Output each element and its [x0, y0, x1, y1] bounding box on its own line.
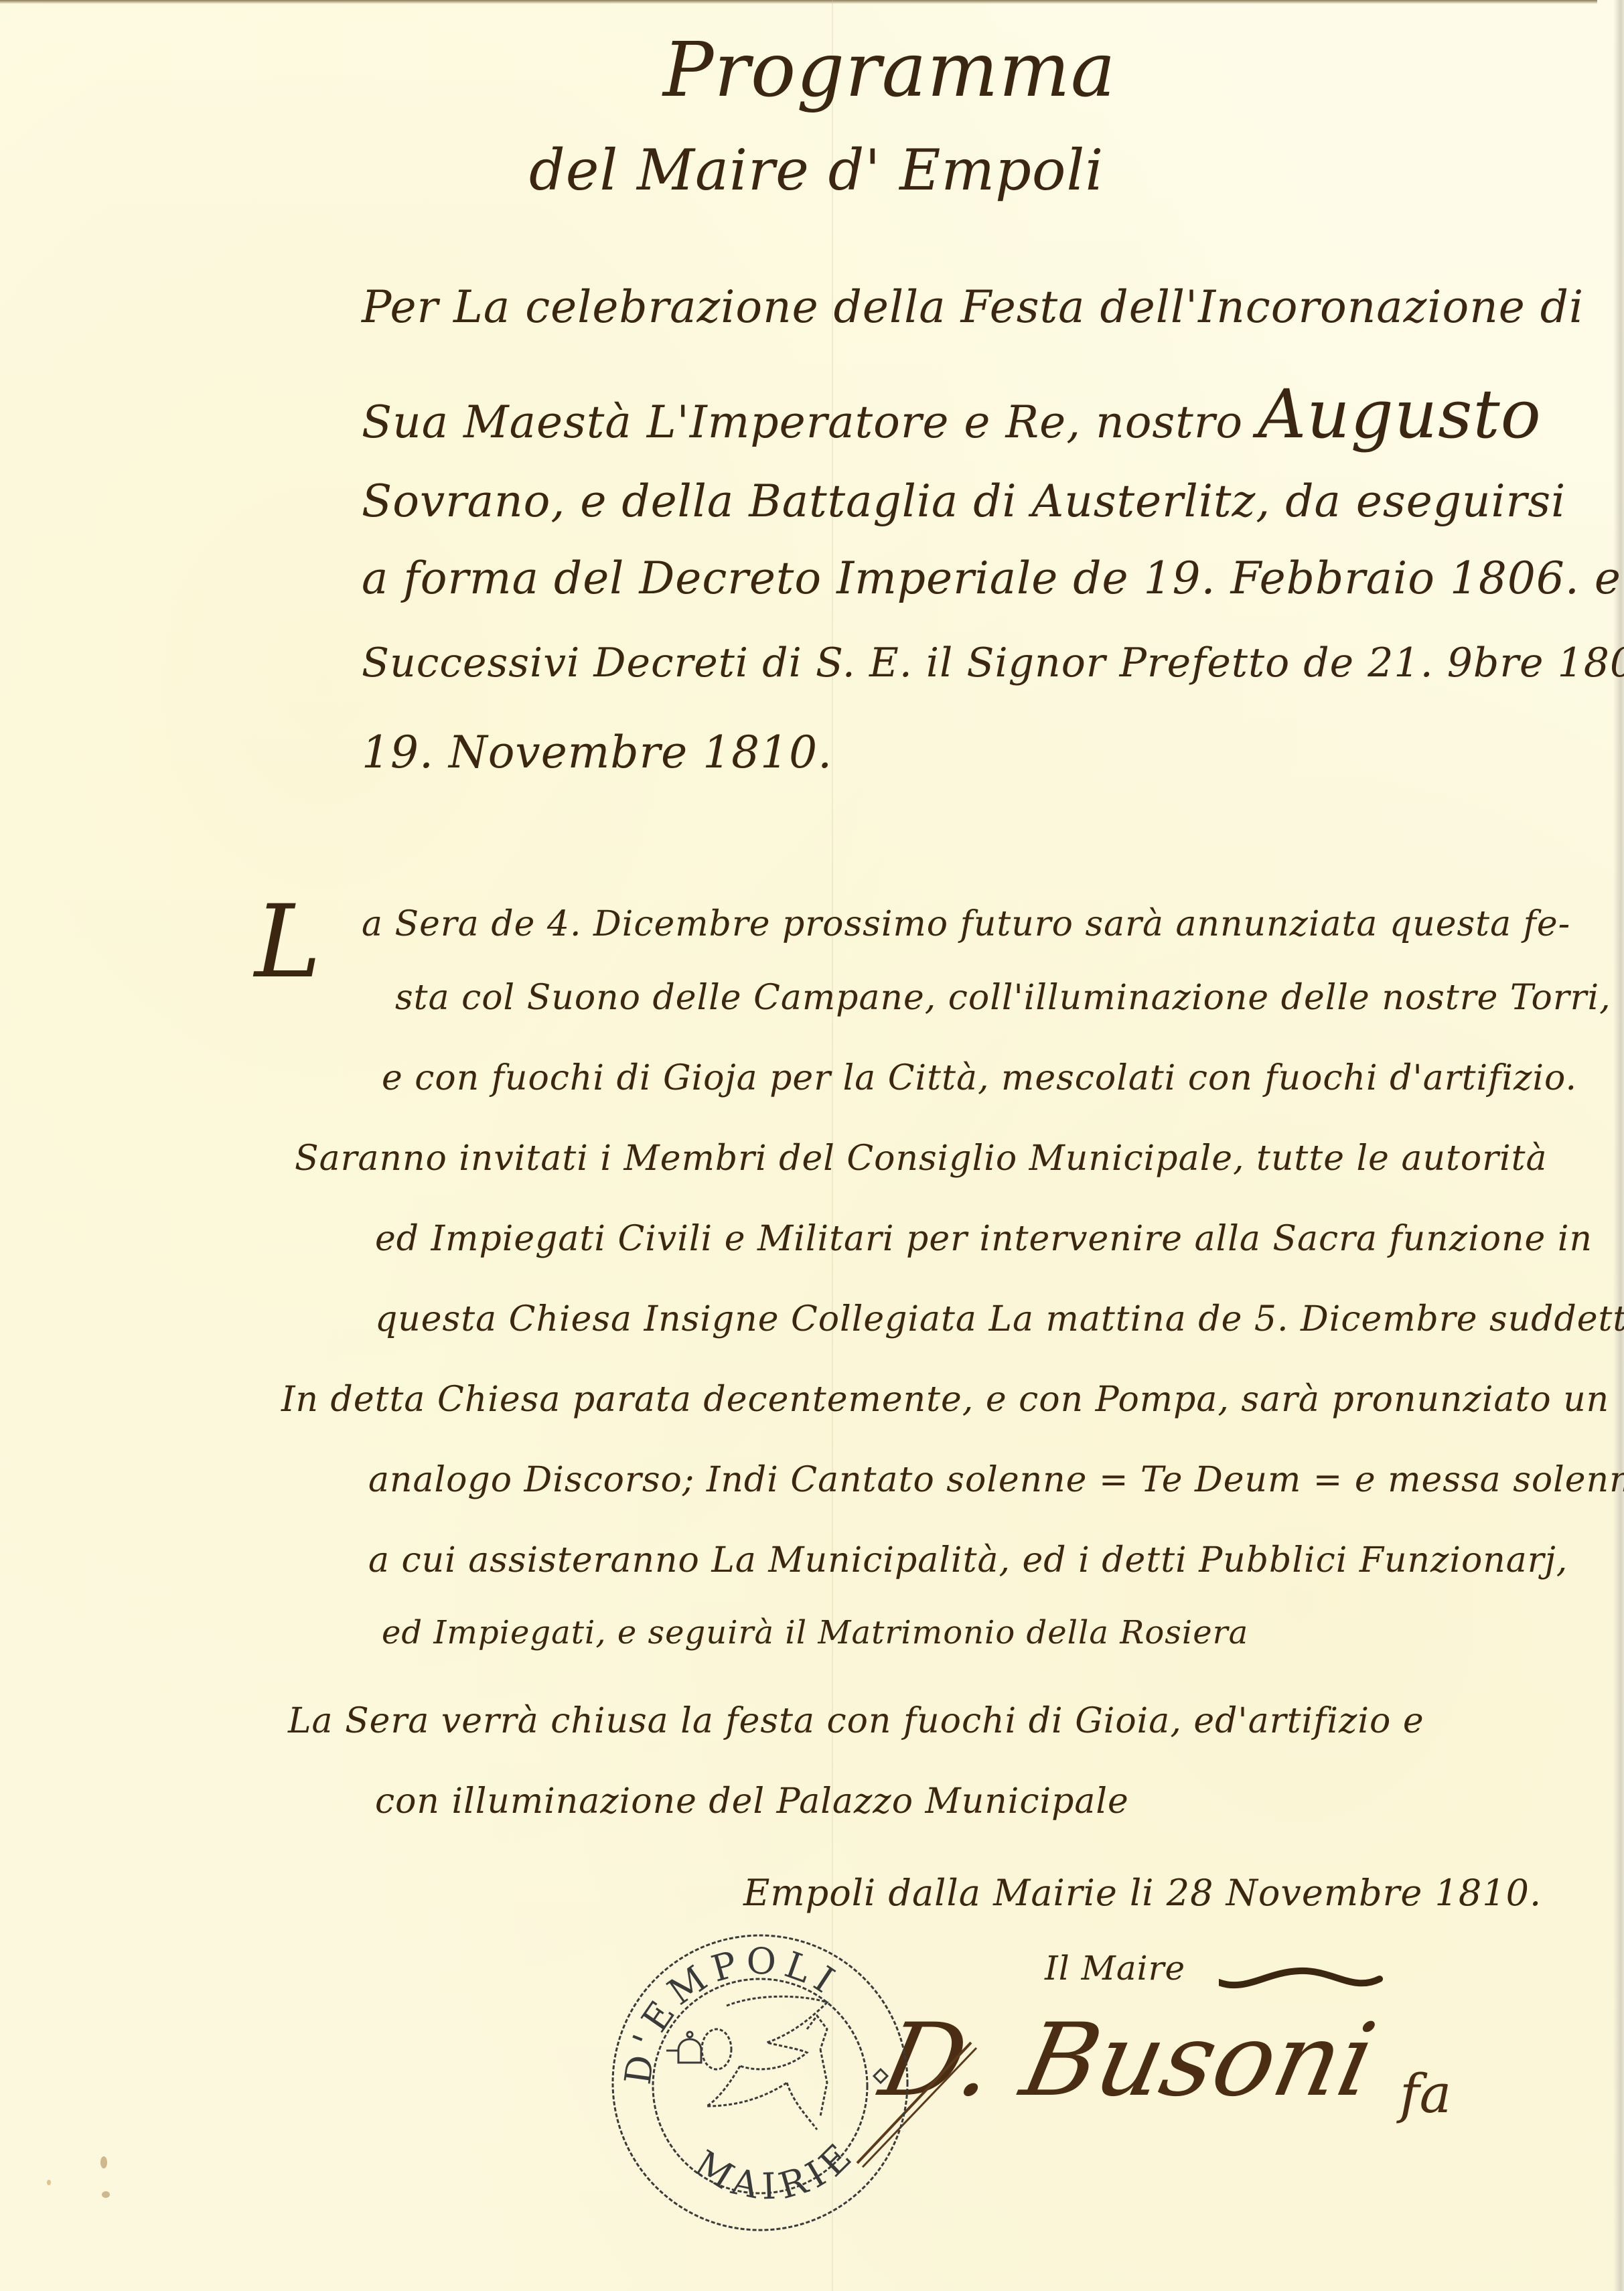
document-title: Programma: [663, 27, 1116, 114]
paragraph-line: a cui assisteranno La Municipalità, ed i…: [368, 1540, 1568, 1580]
augusto-emphasis: Augusto: [1258, 375, 1542, 453]
dropcap-letter: L: [254, 884, 321, 1001]
paragraph-line: questa Chiesa Insigne Collegiata La matt…: [375, 1299, 1624, 1339]
paragraph-line: con illuminazione del Palazzo Municipale: [375, 1781, 1129, 1822]
seal-top-text: D'EMPOLI: [617, 1939, 848, 2087]
intro-line: a forma del Decreto Imperiale de 19. Feb…: [362, 552, 1621, 604]
seal-bottom-text: MAIRIE: [687, 2132, 864, 2209]
intro-line: Per La celebrazione della Festa dell'Inc…: [362, 281, 1584, 333]
paragraph-line: ed Impiegati, e seguirà il Matrimonio de…: [382, 1614, 1248, 1651]
page-top-edge: [0, 0, 1597, 4]
paragraph-line: sta col Suono delle Campane, coll'illumi…: [395, 978, 1611, 1018]
flourish-stroke-icon: [1219, 1966, 1386, 1999]
paragraph-line: La Sera verrà chiusa la festa con fuochi…: [288, 1701, 1424, 1741]
dateline: Empoli dalla Mairie li 28 Novembre 1810.: [743, 1872, 1542, 1914]
ink-stain: [102, 2191, 110, 2198]
document-subtitle: del Maire d' Empoli: [529, 137, 1104, 203]
cross-ornament-icon: [874, 2069, 887, 2083]
paragraph-line: ed Impiegati Civili e Militari per inter…: [375, 1219, 1593, 1259]
signature-suffix: fa: [1400, 2063, 1451, 2125]
ink-stain: [100, 2156, 107, 2168]
crowned-eagle-icon: [702, 1996, 827, 2130]
mairie-seal-stamp: D'EMPOLI MAIRIE: [606, 1929, 914, 2237]
paragraph-line: analogo Discorso; Indi Cantato solenne =…: [368, 1460, 1624, 1500]
paragraph-line: a Sera de 4. Dicembre prossimo futuro sa…: [362, 904, 1570, 944]
paragraph-line: In detta Chiesa parata decentemente, e c…: [281, 1380, 1609, 1420]
paragraph-line: e con fuochi di Gioja per la Città, mesc…: [382, 1058, 1577, 1098]
ink-stain: [47, 2180, 51, 2185]
intro-line: Sovrano, e della Battaglia di Austerlitz…: [362, 475, 1566, 527]
intro-line: Sua Maestà L'Imperatore e Re, nostro Aug…: [362, 375, 1542, 453]
page-right-edge: [1613, 0, 1624, 2291]
intro-line: 19. Novembre 1810.: [362, 727, 832, 778]
intro-line: Successivi Decreti di S. E. il Signor Pr…: [362, 640, 1624, 686]
crown-icon: [666, 2032, 701, 2063]
paragraph-line: Saranno invitati i Membri del Consiglio …: [295, 1138, 1548, 1179]
maire-label: Il Maire: [1045, 1949, 1185, 1988]
intro-line-text: Sua Maestà L'Imperatore e Re, nostro: [362, 396, 1243, 448]
